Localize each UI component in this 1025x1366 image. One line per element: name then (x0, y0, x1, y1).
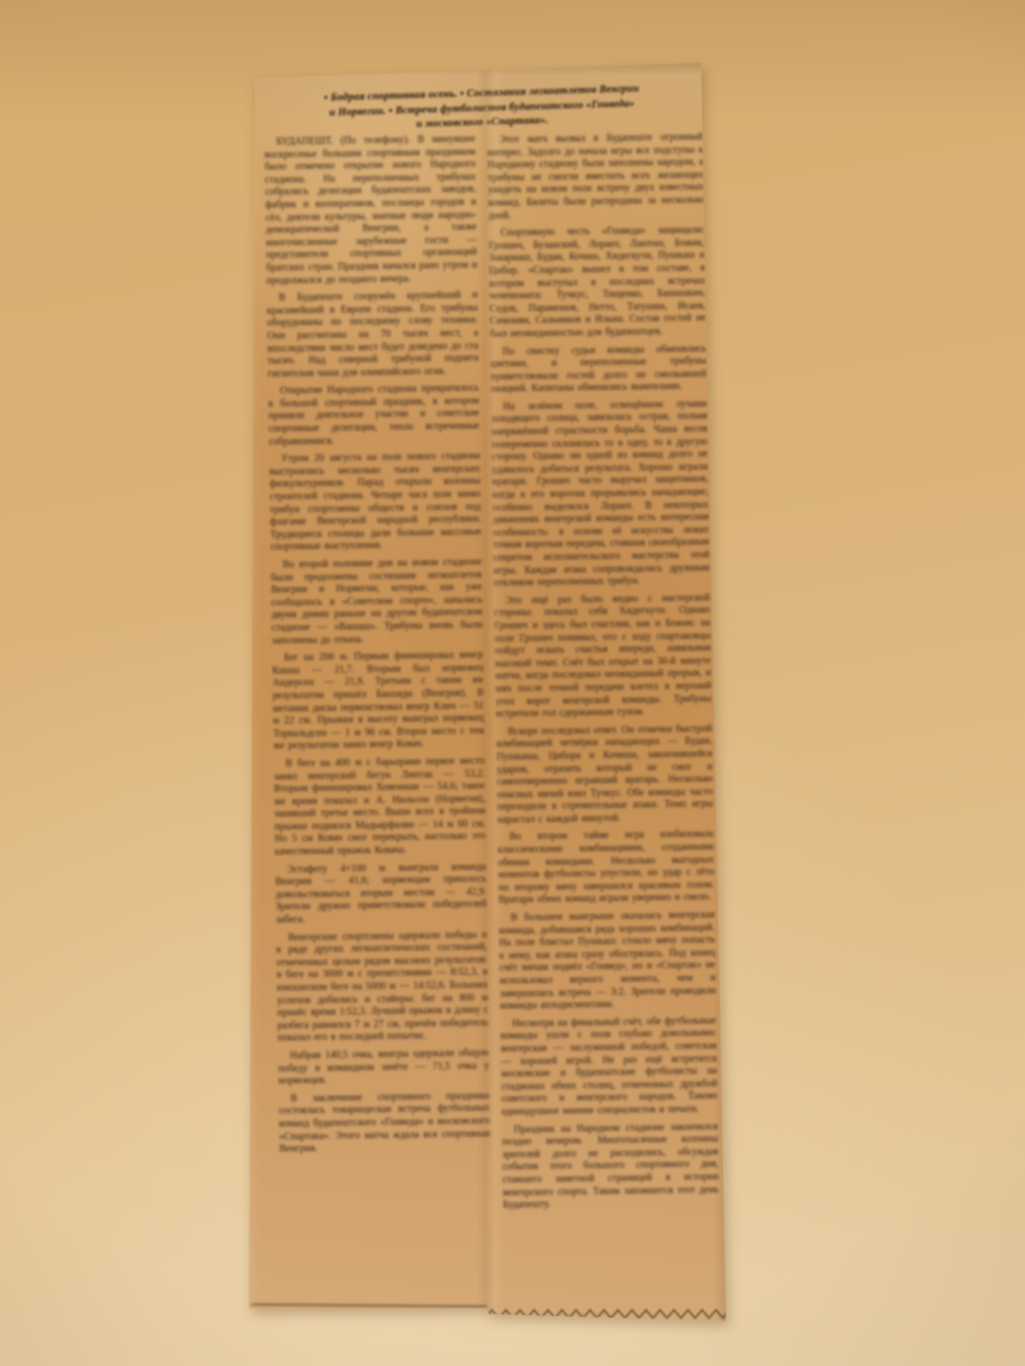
newsprint-paragraph: Бег на 200 м. Первым финишировал венгр К… (272, 650, 484, 754)
clipping-header: ▪ Бодрая спортивная осень. ▪ Состязания … (276, 81, 687, 137)
newsprint-paragraph: В беге на 400 м с барьерами первое место… (273, 755, 485, 859)
newsprint-paragraph: В заключение спортивного праздника состо… (278, 1090, 490, 1156)
newsprint-paragraph: Утром 20 августа на поле нового стадиона… (269, 451, 481, 555)
newsprint-paragraph: Вскоре последовал ответ. Он отмечен быст… (496, 723, 713, 827)
newsprint-paragraph: В Будапеште сооружён крупнейший и красив… (267, 290, 479, 381)
newsprint-paragraph: Этот матч вызвал в Будапеште огромный ин… (487, 131, 704, 222)
newsprint-paragraph: В большем выигрыше оказалась венгерская … (499, 909, 716, 1013)
newsprint-paragraph: Спортивную честь «Гонведа» защищали: Гро… (488, 225, 706, 342)
newsprint-paragraph: Набрав 140,5 очка, венгры одержали общую… (278, 1047, 490, 1088)
pinked-edge-zigzag (485, 1307, 729, 1321)
newsprint-paragraph: Праздник на Народном стадионе закончился… (502, 1121, 719, 1212)
newsprint-paragraph: Несмотря на финальный счёт, обе футбольн… (500, 1015, 717, 1119)
newspaper-clipping: ▪ Бодрая спортивная осень. ▪ Состязания … (249, 63, 727, 1327)
newsprint-paper: ▪ Бодрая спортивная осень. ▪ Состязания … (249, 63, 727, 1327)
left-column: БУДАПЕШТ. (По телефону). В минувшее воск… (264, 133, 492, 1316)
newsprint-paragraph: Эстафету 4×100 м выиграла команда Венгри… (275, 861, 487, 927)
newsprint-paragraph: Венгерские спортсмены одержали победы и … (276, 929, 489, 1045)
newsprint-paragraph: Это ещё раз было видно с мастерской стор… (494, 592, 712, 721)
newsprint-paragraph: Открытие Народного стадиона превратилось… (268, 383, 480, 449)
right-column: Этот матч вызвал в Будапеште огромный ин… (487, 131, 721, 1336)
newsprint-paragraph: Во второй половине дня на новом стадионе… (271, 556, 483, 647)
newsprint-paragraph: На зелёном поле, освещённом лучами заход… (491, 398, 710, 590)
newsprint-paragraph: БУДАПЕШТ. (По телефону). В минувшее воск… (264, 133, 477, 287)
newsprint-paragraph: По свистку судьи команды обменялись цвет… (490, 343, 707, 397)
photo-background: ▪ Бодрая спортивная осень. ▪ Состязания … (0, 0, 1025, 1366)
newsprint-paragraph: Во втором тайме игра изобиловала классич… (497, 829, 714, 908)
